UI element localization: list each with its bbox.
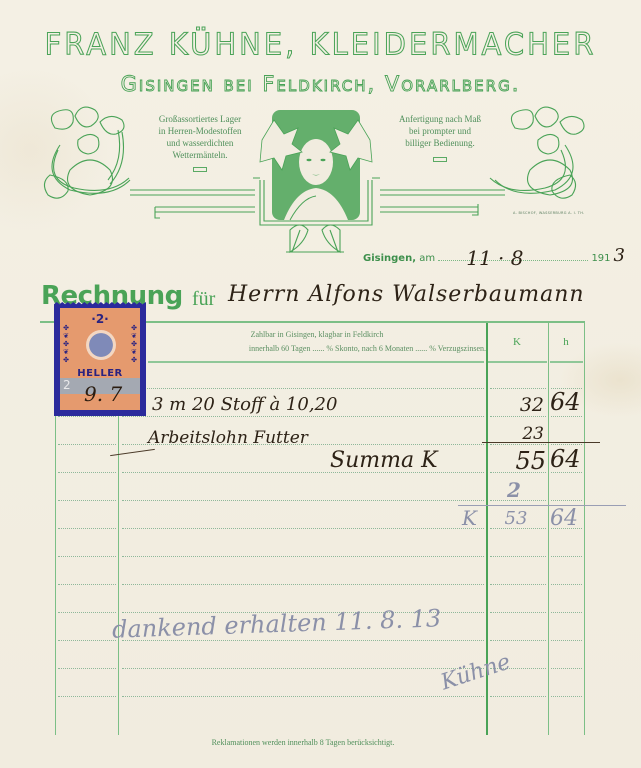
column-header-heller: h: [548, 336, 584, 348]
year-suffix[interactable]: 3: [614, 245, 625, 266]
company-title: FRANZ KÜHNE, KLEIDERMACHER: [0, 26, 641, 62]
entry-kronen[interactable]: 23: [494, 424, 544, 444]
row-rule: [58, 612, 116, 613]
row-rule: [490, 696, 546, 697]
row-rule: [122, 500, 484, 501]
pencil-rule: [458, 505, 626, 506]
date-field[interactable]: 11 · 8: [438, 260, 588, 261]
right-blurb-line: Anfertigung nach Maß: [370, 113, 510, 125]
right-blurb-line: billiger Bedienung.: [370, 137, 510, 149]
total-heller[interactable]: 64: [550, 445, 581, 473]
pencil-net-heller[interactable]: 64: [550, 506, 578, 531]
left-blurb-line: und wasserdichten: [130, 137, 270, 149]
row-rule: [551, 640, 582, 641]
place-label: Gisingen,: [363, 253, 416, 264]
stamp-value: ·2·: [60, 312, 140, 326]
dash-ornament: [433, 157, 447, 162]
row-rule: [551, 668, 582, 669]
row-rule: [551, 556, 582, 557]
company-address: Gisingen bei Feldkirch, Vorarlberg.: [0, 72, 641, 96]
printer-imprint: A. BISCHOF, WASSERBURG A. I. TH.: [513, 211, 585, 215]
row-rule: [58, 640, 116, 641]
left-blurb-line: Wettermänteln.: [130, 149, 270, 161]
payment-terms-text: innerhalb 60 Tagen ...... % Skonto, nach…: [249, 344, 486, 353]
row-rule: [551, 416, 582, 417]
row-rule: [551, 612, 582, 613]
portrait-woman-icon: [260, 110, 372, 220]
row-rule: [490, 612, 546, 613]
total-label[interactable]: Summa K: [330, 448, 438, 473]
row-rule: [122, 388, 484, 389]
sum-rule: [482, 442, 600, 443]
row-rule: [551, 584, 582, 585]
row-rule: [490, 444, 546, 445]
row-rule: [122, 416, 484, 417]
table-right-border: [584, 323, 585, 735]
row-rule: [58, 416, 116, 417]
letterhead-ornament: [0, 100, 641, 260]
pencil-currency: K: [462, 506, 477, 530]
handwritten-date: 11 · 8: [466, 246, 523, 270]
emperor-medallion-icon: [86, 330, 116, 360]
row-rule: [58, 668, 116, 669]
heller-column-divider: [548, 323, 549, 735]
dash-ornament: [193, 167, 207, 172]
fuer-label: für: [192, 288, 215, 311]
row-rule: [122, 556, 484, 557]
row-rule: [122, 696, 484, 697]
claims-footer: Reklamationen werden innerhalb 8 Tagen b…: [120, 738, 486, 747]
row-rule: [58, 528, 116, 529]
row-rule: [58, 472, 116, 473]
left-blurb-line: in Herren-Modestoffen: [130, 125, 270, 137]
pencil-net-kronen[interactable]: 53: [494, 508, 538, 529]
left-blurb-line: Großassortiertes Lager: [130, 113, 270, 125]
entry-description[interactable]: 3 m 20 Stoff à 10,20: [152, 394, 337, 415]
row-rule: [122, 584, 484, 585]
right-blurb: Anfertigung nach Maß bei prompter und bi…: [370, 113, 510, 162]
right-blurb-line: bei prompter und: [370, 125, 510, 137]
entry-kronen[interactable]: 32: [494, 394, 544, 416]
row-rule: [58, 584, 116, 585]
dateline: Gisingen, am 11 · 8 1913: [363, 245, 625, 266]
row-rule: [122, 668, 484, 669]
stamp-band-value: 2: [63, 378, 71, 392]
left-blurb: Großassortiertes Lager in Herren-Modesto…: [130, 113, 270, 172]
header-bottom-rule: [488, 361, 547, 363]
date-column-divider: [118, 400, 119, 735]
row-rule: [490, 584, 546, 585]
column-header-kronen: K: [486, 336, 548, 348]
row-rule: [490, 640, 546, 641]
row-rule: [58, 444, 116, 445]
payment-terms-line2: innerhalb 60 Tagen ...... % Skonto, nach…: [148, 344, 486, 353]
pencil-deduction[interactable]: 2: [494, 478, 534, 502]
entry-heller[interactable]: 64: [550, 388, 581, 416]
stamp-cancellation: 9. 7: [84, 382, 122, 406]
row-rule: [551, 500, 582, 501]
row-rule: [58, 696, 116, 697]
entry-description[interactable]: Arbeitslohn Futter: [148, 428, 308, 448]
row-rule: [551, 696, 582, 697]
am-label: am: [419, 253, 435, 264]
customer-name[interactable]: Herrn Alfons Walserbaumann: [228, 282, 585, 307]
row-rule: [490, 416, 546, 417]
header-bottom-rule: [148, 361, 484, 363]
total-kronen[interactable]: 55: [494, 447, 546, 475]
row-rule: [122, 528, 484, 529]
row-rule: [490, 556, 546, 557]
revenue-stamp: ✤❦✤❦✤ ✤❦✤❦✤ ·2· HELLER 2 9. 7: [54, 302, 146, 416]
row-rule: [490, 388, 546, 389]
header-bottom-rule: [550, 361, 583, 363]
payment-terms-line1: Zahlbar in Gisingen, klagbar in Feldkirc…: [148, 330, 486, 339]
row-rule: [58, 500, 116, 501]
year-prefix: 191: [591, 253, 610, 264]
row-rule: [58, 556, 116, 557]
